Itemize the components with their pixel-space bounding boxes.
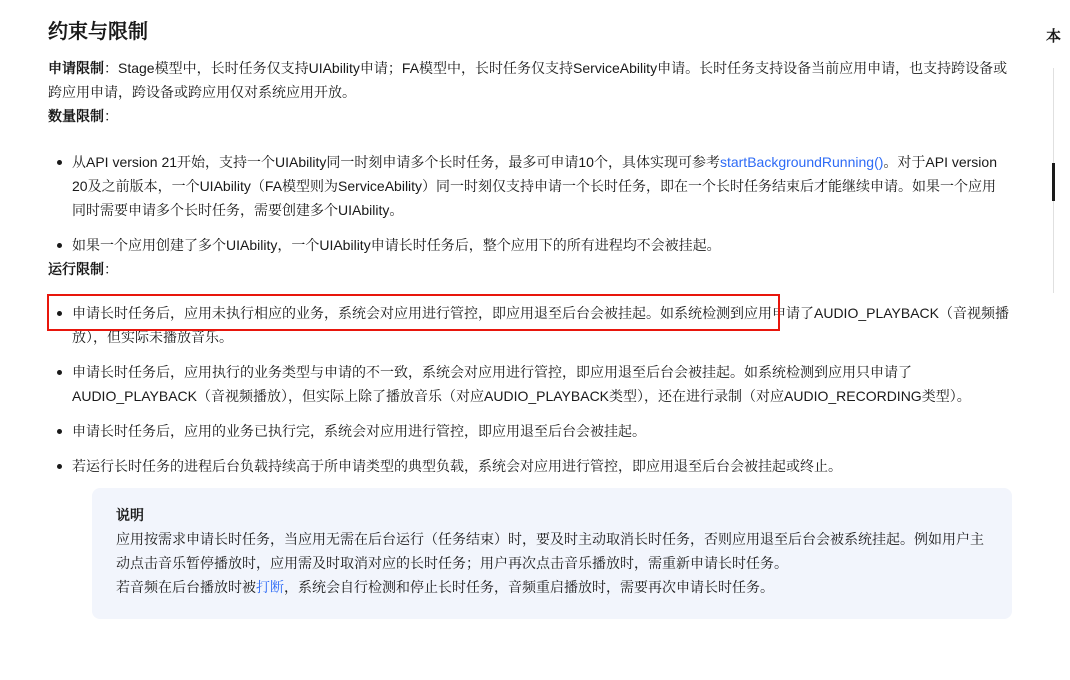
doc-page: { "colors": { "text": "#191919", "link":… (0, 0, 1070, 680)
toc-scroll-thumb[interactable] (1052, 163, 1055, 201)
list-item-text: 若运行长时任务的进程后台负载持续高于所申请类型的典型负载，系统会对应用进行管控，… (72, 458, 842, 474)
quantity-limit-label: 数量限制： (48, 104, 1010, 128)
quantity-limit-list: 从API version 21开始，支持一个UIAbility同一时刻申请多个长… (48, 150, 1010, 257)
list-item-text: 申请长时任务后，应用未执行相应的业务，系统会对应用进行管控，即应用退至后台会被挂… (72, 305, 1009, 345)
text: 申请长时任务后，应用执行的业务类型与申请的不一致，系统会对应用进行管控，即应用退… (72, 364, 971, 404)
note-label: 说明 (116, 503, 988, 527)
article-content: 约束与限制 申请限制：Stage模型中，长时任务仅支持UIAbility申请；F… (48, 18, 1010, 619)
list-item-text: 申请长时任务后，应用的业务已执行完，系统会对应用进行管控，即应用退至后台会被挂起… (72, 423, 646, 439)
text: ： (104, 261, 118, 277)
toc-heading-partial: 本 (1046, 28, 1061, 45)
bold-text: 运行限制 (48, 261, 104, 277)
list-item: 申请长时任务后，应用执行的业务类型与申请的不一致，系统会对应用进行管控，即应用退… (48, 360, 1010, 408)
note-paragraph: 应用按需求申请长时任务，当应用无需在后台运行（任务结束）时，要及时主动取消长时任… (116, 527, 988, 575)
text: 应用按需求申请长时任务，当应用无需在后台运行（任务结束）时，要及时主动取消长时任… (116, 531, 984, 571)
note-paragraph: 若音频在后台播放时被打断，系统会自行检测和停止长时任务，音频重启播放时，需要再次… (116, 575, 988, 599)
list-item-highlighted: 申请长时任务后，应用未执行相应的业务，系统会对应用进行管控，即应用退至后台会被挂… (48, 301, 1010, 349)
list-item: 如果一个应用创建了多个UIAbility，一个UIAbility申请长时任务后，… (48, 233, 1010, 257)
run-limit-label: 运行限制： (48, 257, 1010, 281)
bold-text: 数量限制 (48, 108, 104, 124)
text: 从API version 21开始，支持一个UIAbility同一时刻申请多个长… (72, 154, 720, 170)
text: ，系统会自行检测和停止长时任务，音频重启播放时，需要再次申请长时任务。 (284, 579, 774, 595)
note-callout: 说明 应用按需求申请长时任务，当应用无需在后台运行（任务结束）时，要及时主动取消… (92, 488, 1012, 619)
text-link[interactable]: 打断 (256, 579, 284, 595)
run-limit-list: 申请长时任务后，应用未执行相应的业务，系统会对应用进行管控，即应用退至后台会被挂… (48, 301, 1010, 478)
text: ： (104, 108, 118, 124)
text: 申请长时任务后，应用的业务已执行完，系统会对应用进行管控，即应用退至后台会被挂起… (72, 423, 646, 439)
text-link[interactable]: startBackgroundRunning() (720, 154, 883, 170)
list-item: 从API version 21开始，支持一个UIAbility同一时刻申请多个长… (48, 150, 1010, 222)
list-item-text: 从API version 21开始，支持一个UIAbility同一时刻申请多个长… (72, 154, 997, 218)
list-item-text: 申请长时任务后，应用执行的业务类型与申请的不一致，系统会对应用进行管控，即应用退… (72, 364, 971, 404)
text: 若音频在后台播放时被 (116, 579, 256, 595)
text: 申请长时任务后，应用未执行相应的业务，系统会对应用进行管控，即应用退至后台会被挂… (72, 305, 1009, 345)
list-item: 申请长时任务后，应用的业务已执行完，系统会对应用进行管控，即应用退至后台会被挂起… (48, 419, 1010, 443)
text: 如果一个应用创建了多个UIAbility，一个UIAbility申请长时任务后，… (72, 237, 721, 253)
list-item: 若运行长时任务的进程后台负载持续高于所申请类型的典型负载，系统会对应用进行管控，… (48, 454, 1010, 478)
text: 若运行长时任务的进程后台负载持续高于所申请类型的典型负载，系统会对应用进行管控，… (72, 458, 842, 474)
text: ：Stage模型中，长时任务仅支持UIAbility申请；FA模型中，长时任务仅… (48, 60, 1007, 100)
page-title: 约束与限制 (48, 18, 1010, 46)
bold-text: 申请限制 (48, 60, 104, 76)
apply-limit-paragraph: 申请限制：Stage模型中，长时任务仅支持UIAbility申请；FA模型中，长… (48, 56, 1010, 104)
list-item-text: 如果一个应用创建了多个UIAbility，一个UIAbility申请长时任务后，… (72, 237, 721, 253)
